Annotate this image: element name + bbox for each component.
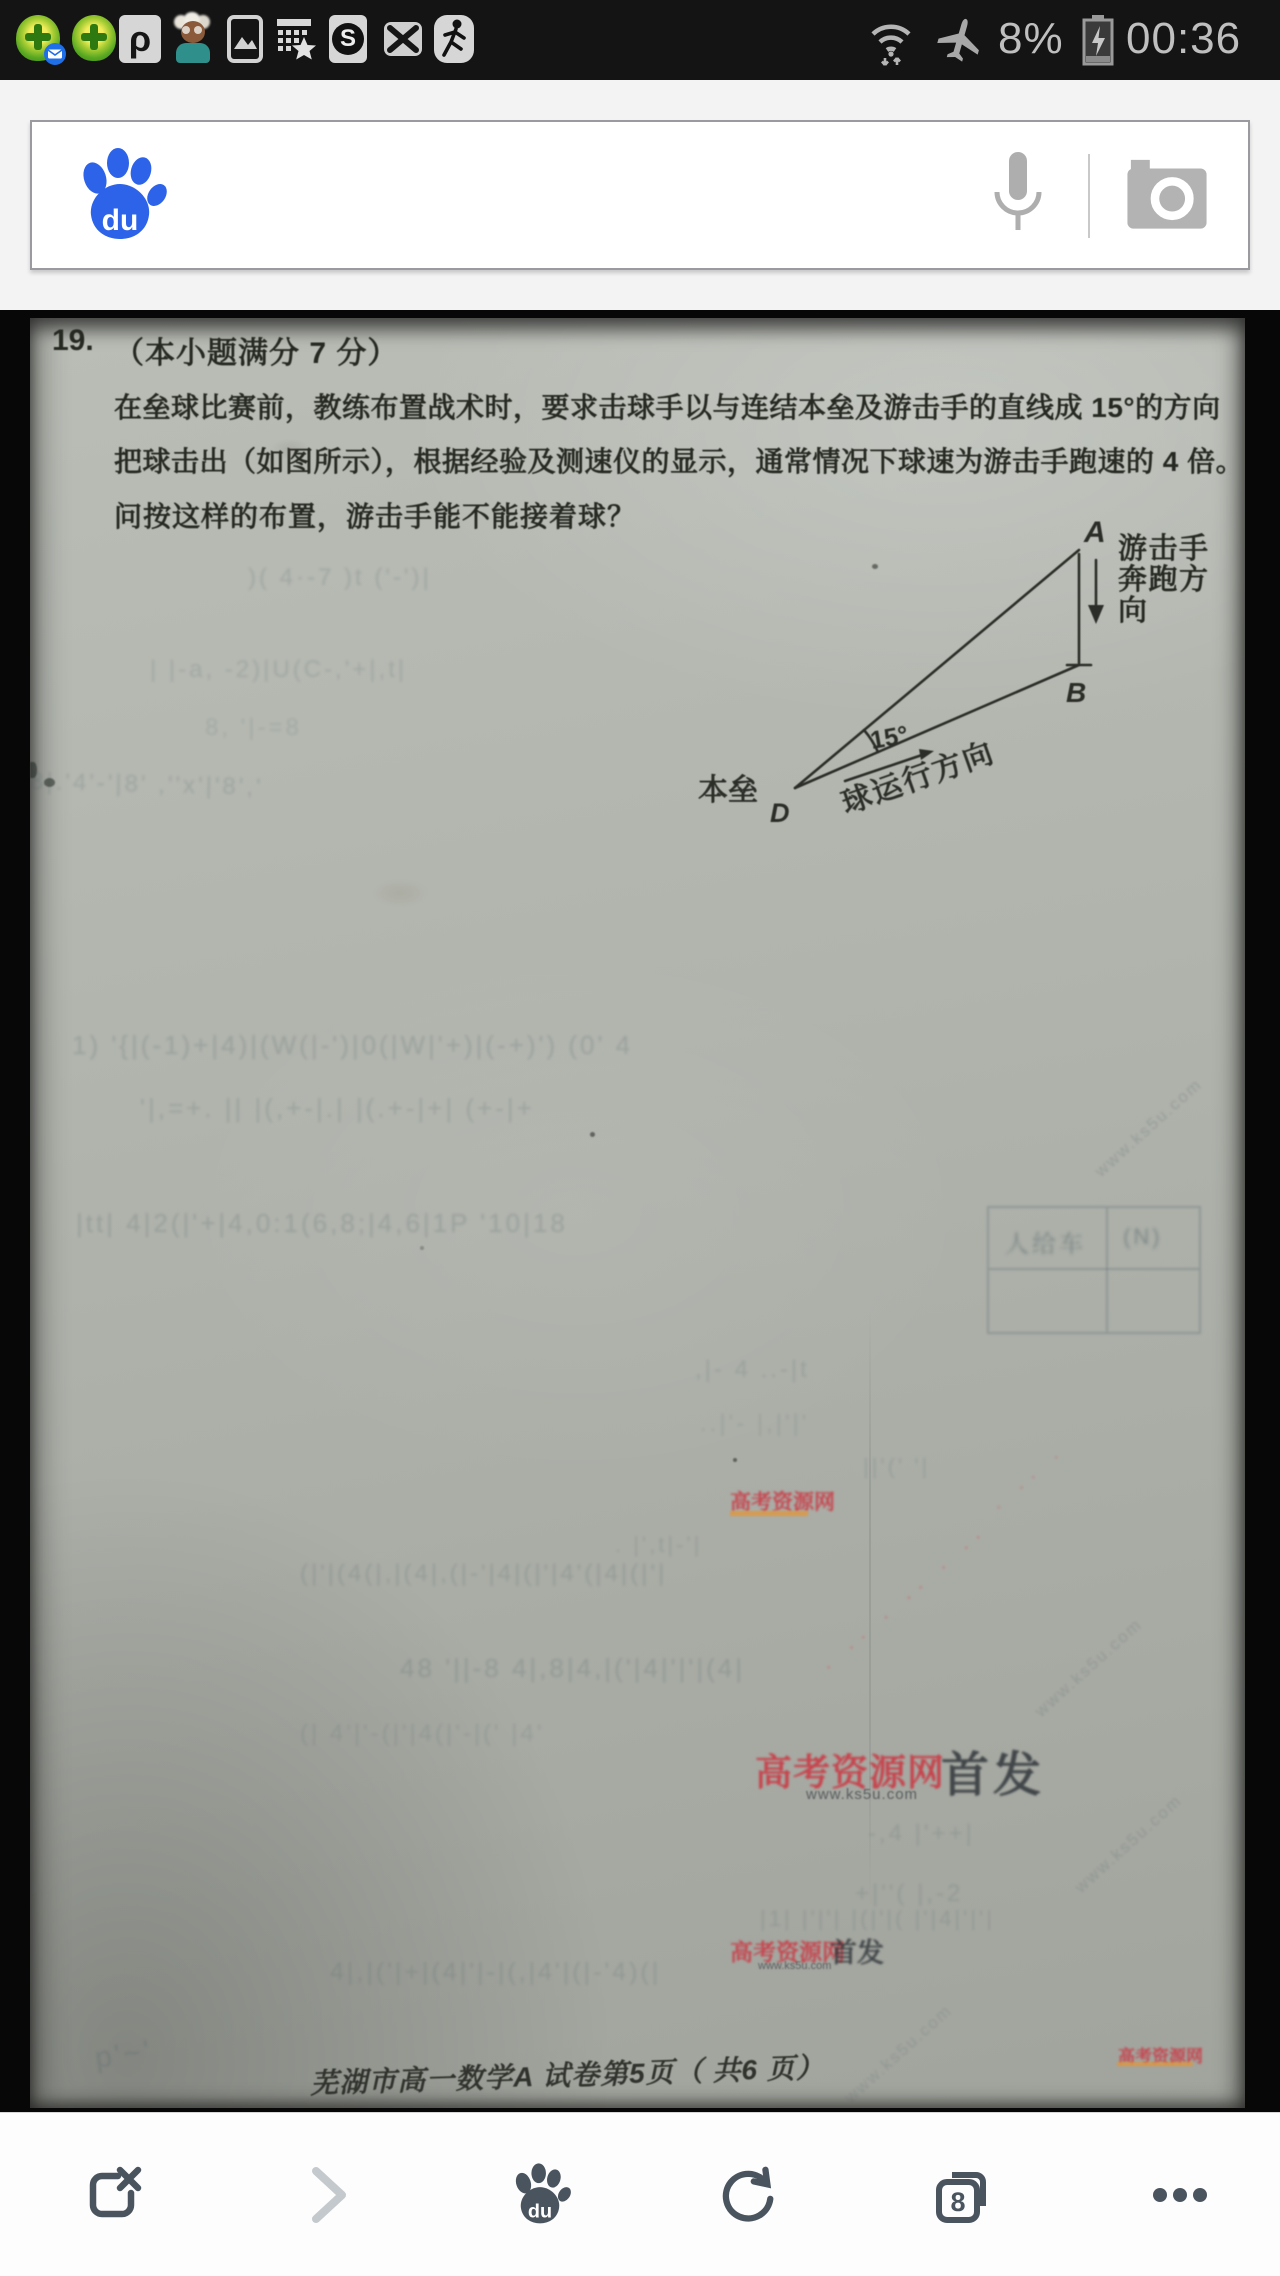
search-input[interactable]: du [30, 120, 1250, 270]
ghost-text: ||'(' '| [863, 1454, 930, 1480]
mail-badge-icon [44, 43, 66, 65]
battery-charging-icon [1082, 14, 1114, 71]
paper-crease [869, 1308, 871, 1908]
diagonal-watermark: www.ks5u.com [841, 2001, 956, 2108]
search-area: du [0, 80, 1280, 310]
clock: 00:36 [1126, 14, 1241, 64]
diagonal-watermark: www.ks5u.com [1091, 1075, 1206, 1182]
s-glyph: S [340, 25, 356, 53]
refresh-icon [717, 2164, 779, 2226]
question-score-line: （本小题满分 7 分） [114, 328, 398, 372]
diagram-home-label: 本垒 [698, 774, 758, 807]
watermark-big-url: www.ks5u.com [806, 1786, 918, 1803]
ghost-text: (|'|(4(|,|(4|,(|-'|4|(|'|4'(|4|(|'| [300, 1560, 667, 1588]
s-app-icon: S [329, 15, 367, 63]
ghost-text: 4|,|('|+|(4|'|-|(,|4'|(|-'4)(| [330, 1958, 661, 1987]
ghost-text: ,|- 4 ..-|t [695, 1356, 810, 1384]
baidu-home-button[interactable]: du [506, 2161, 574, 2229]
diagram-runner-dir-label: 游击手奔跑方向 [1118, 534, 1214, 627]
ghost-text: -,4 |'++| [868, 1820, 975, 1848]
diagram-point-b: B [1066, 677, 1086, 708]
p-app-icon: ρ [119, 15, 161, 63]
ghost-text: . |',t|-'| [615, 1532, 702, 1558]
watermark-small-2-suffix: 首发 [830, 1931, 884, 1970]
paper-speck [733, 1458, 737, 1462]
more-menu-button[interactable] [1146, 2161, 1214, 2229]
red-dotted-watermark: · ·· · ·· · ·· [819, 1521, 995, 1679]
more-dots-icon [1148, 2163, 1212, 2227]
diagram-point-a: A [1083, 516, 1106, 549]
ghost-text: (| 4'|'-(|'|4(|'-|(' |4' [300, 1720, 544, 1748]
question-line1: 在垒球比赛前，教练布置战术时，要求击球手以与连结本垒及游击手的直线成 15°的方… [114, 386, 1221, 426]
ghost-text: ..|'- |,|'|' [700, 1410, 809, 1438]
baidu-logo[interactable]: du [70, 142, 170, 250]
ghost-text: p'~' [93, 2034, 155, 2076]
photo-viewer: 19. （本小题满分 7 分） 在垒球比赛前，教练布置战术时，要求击球手以与连结… [0, 310, 1280, 2112]
paper-stain [370, 878, 430, 908]
bottom-nav-bar: du 8 [0, 2112, 1280, 2276]
ghost-text: 1) '{|(-1)+|4)|(W(|-')|0(|W|'+)|(-+)') (… [72, 1030, 633, 1061]
ghost-text: |tt| 4|2(|'+|4,0:1(6,8;|4,6|1P '10|18 [76, 1208, 568, 1239]
search-divider [1088, 154, 1090, 238]
exit-button[interactable] [78, 2161, 146, 2229]
p-glyph: ρ [129, 18, 151, 60]
calendar-star-icon [276, 15, 316, 68]
paw-text: du [528, 2200, 552, 2222]
ghost-text: 8, '|-=8 [205, 714, 302, 742]
red-dotted-watermark: · ·· · [989, 1441, 1073, 1519]
phone-screen: ρ [0, 0, 1280, 2276]
question-line3: 问按这样的布置，游击手能不能接着球？ [114, 495, 636, 535]
baidu-logo-text: du [102, 204, 139, 237]
diagonal-watermark: www.ks5u.com [1031, 1615, 1146, 1722]
ghost-text: | |-a, -2)|U(C-,'+|,t| [150, 656, 407, 684]
avatar-icon [172, 15, 214, 63]
baidu-paw-icon: du [507, 2162, 573, 2228]
refresh-button[interactable] [714, 2161, 782, 2229]
egg-app-icon [72, 15, 116, 61]
diagram-point-d: D [770, 798, 790, 828]
airplane-icon [927, 10, 990, 77]
ghost-text: |1| |'|'| |(|'|( |'|4|'|'| [760, 1906, 995, 1932]
diagonal-watermark: www.ks5u.com [1071, 1791, 1186, 1898]
watermark-big-suffix: 首发 [941, 1736, 1045, 1805]
watermark-underline [730, 1511, 808, 1516]
ghost-text: '|,=+. || |(,+-|.| |(.+-|+| (+-|+ [140, 1093, 535, 1124]
paper-speck [590, 1132, 595, 1137]
chevron-right-icon [302, 2163, 354, 2227]
watermark-small-2-url: www.ks5u.com [758, 1960, 831, 1972]
paper-stain [270, 438, 310, 460]
ghost-table-cell: (N) [1123, 1224, 1163, 1250]
ghost-table-cell: 人给车 [1005, 1224, 1086, 1259]
paper-speck [872, 564, 878, 569]
watermark-underline [1117, 2062, 1193, 2066]
mail-egg-icon [16, 15, 60, 61]
status-bar: ρ [0, 0, 1280, 80]
diagram-ball-dir-label: 球运行方向 [837, 736, 999, 821]
battery-percent: 8% [998, 14, 1064, 64]
mic-icon[interactable] [987, 148, 1049, 246]
gallery-icon [227, 15, 263, 68]
runner-icon [434, 15, 474, 63]
wifi-icon [868, 14, 914, 73]
ghost-text: 8|.'4'-'|8' ,''x'|'8',' [30, 768, 264, 802]
tabs-button[interactable]: 8 [928, 2161, 996, 2229]
ghost-table: 人给车 (N) [987, 1206, 1201, 1334]
paper-speck [44, 778, 55, 787]
ghost-text: 48 '||-8 4|,8|4,|('|4|'|'|(4| [400, 1653, 745, 1684]
forward-button[interactable] [294, 2161, 362, 2229]
tab-count: 8 [950, 2187, 965, 2217]
diagram-angle: 15° [868, 721, 910, 755]
exam-photo[interactable]: 19. （本小题满分 7 分） 在垒球比赛前，教练布置战术时，要求击球手以与连结… [30, 318, 1245, 2108]
camera-icon[interactable] [1124, 158, 1210, 234]
page-footer: 芜湖市高一数学A 试卷第5页（ 共6 页） [309, 2046, 825, 2102]
paper-speck [420, 1246, 424, 1250]
ghost-text: )( 4·-7 )t ('-')| [248, 564, 432, 592]
paper-speck [30, 762, 37, 778]
mail-x-icon [384, 22, 422, 56]
question-number: 19. [52, 324, 94, 358]
ghost-text: +|''( |,-2 [855, 1880, 963, 1908]
